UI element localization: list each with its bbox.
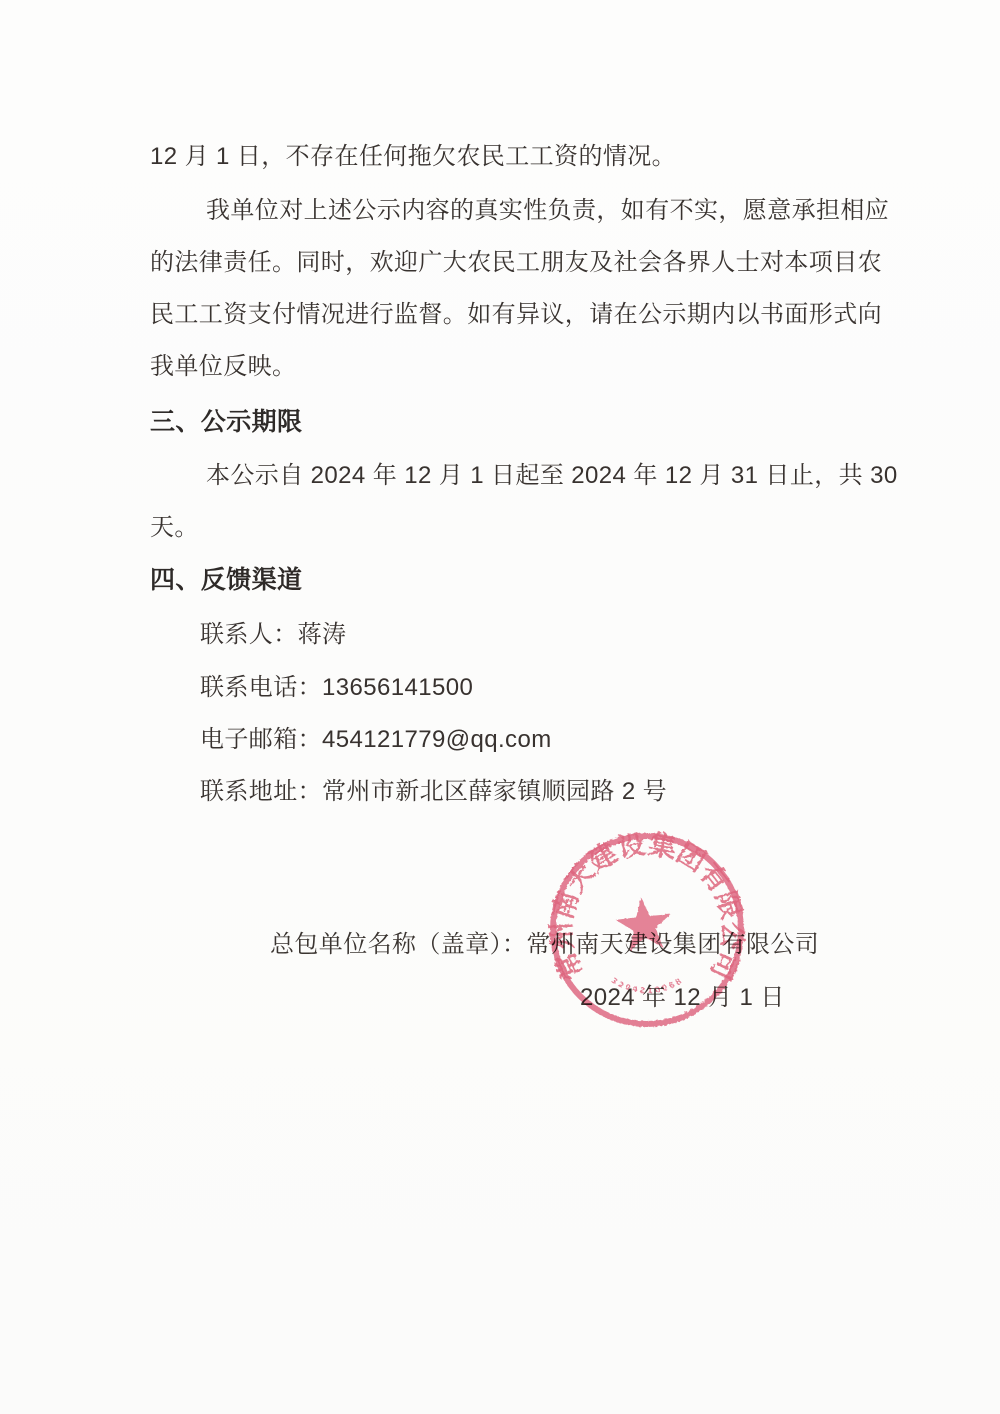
paragraph2-line2: 的法律责任。同时，欢迎广大农民工朋友及社会各界人士对本项目农 xyxy=(150,248,882,278)
paragraph2-line1: 我单位对上述公示内容的真实性负责，如有不实，愿意承担相应 xyxy=(206,196,889,226)
contact-email-line: 电子邮箱：454121779@qq.com xyxy=(200,725,552,755)
svg-text:常州南天建设集团有限公司: 常州南天建设集团有限公司 xyxy=(547,830,747,985)
company-seal-graphic: 常州南天建设集团有限公司 32042100689 xyxy=(547,830,747,1030)
section-heading-publicity-period: 三、公示期限 xyxy=(150,407,302,437)
paragraph3-line2: 天。 xyxy=(150,513,199,543)
section-heading-feedback-channel: 四、反馈渠道 xyxy=(150,565,302,595)
document-page: 12 月 1 日，不存在任何拖欠农民工工资的情况。 我单位对上述公示内容的真实性… xyxy=(0,0,1000,1414)
company-seal: 常州南天建设集团有限公司 32042100689 xyxy=(547,830,747,1030)
contact-address-line: 联系地址：常州市新北区薛家镇顺园路 2 号 xyxy=(200,777,667,807)
contact-phone-line: 联系电话：13656141500 xyxy=(200,673,473,703)
seal-arc-text: 常州南天建设集团有限公司 xyxy=(547,830,747,985)
paragraph2-line3: 民工工资支付情况进行监督。如有异议，请在公示期内以书面形式向 xyxy=(150,300,882,330)
paragraph3-line1: 本公示自 2024 年 12 月 1 日起至 2024 年 12 月 31 日止… xyxy=(206,461,898,491)
paragraph1-line1: 12 月 1 日，不存在任何拖欠农民工工资的情况。 xyxy=(150,142,676,172)
seal-star-icon xyxy=(614,894,674,952)
contact-person-line: 联系人：蒋涛 xyxy=(200,620,346,650)
paragraph2-line4: 我单位反映。 xyxy=(150,352,296,382)
